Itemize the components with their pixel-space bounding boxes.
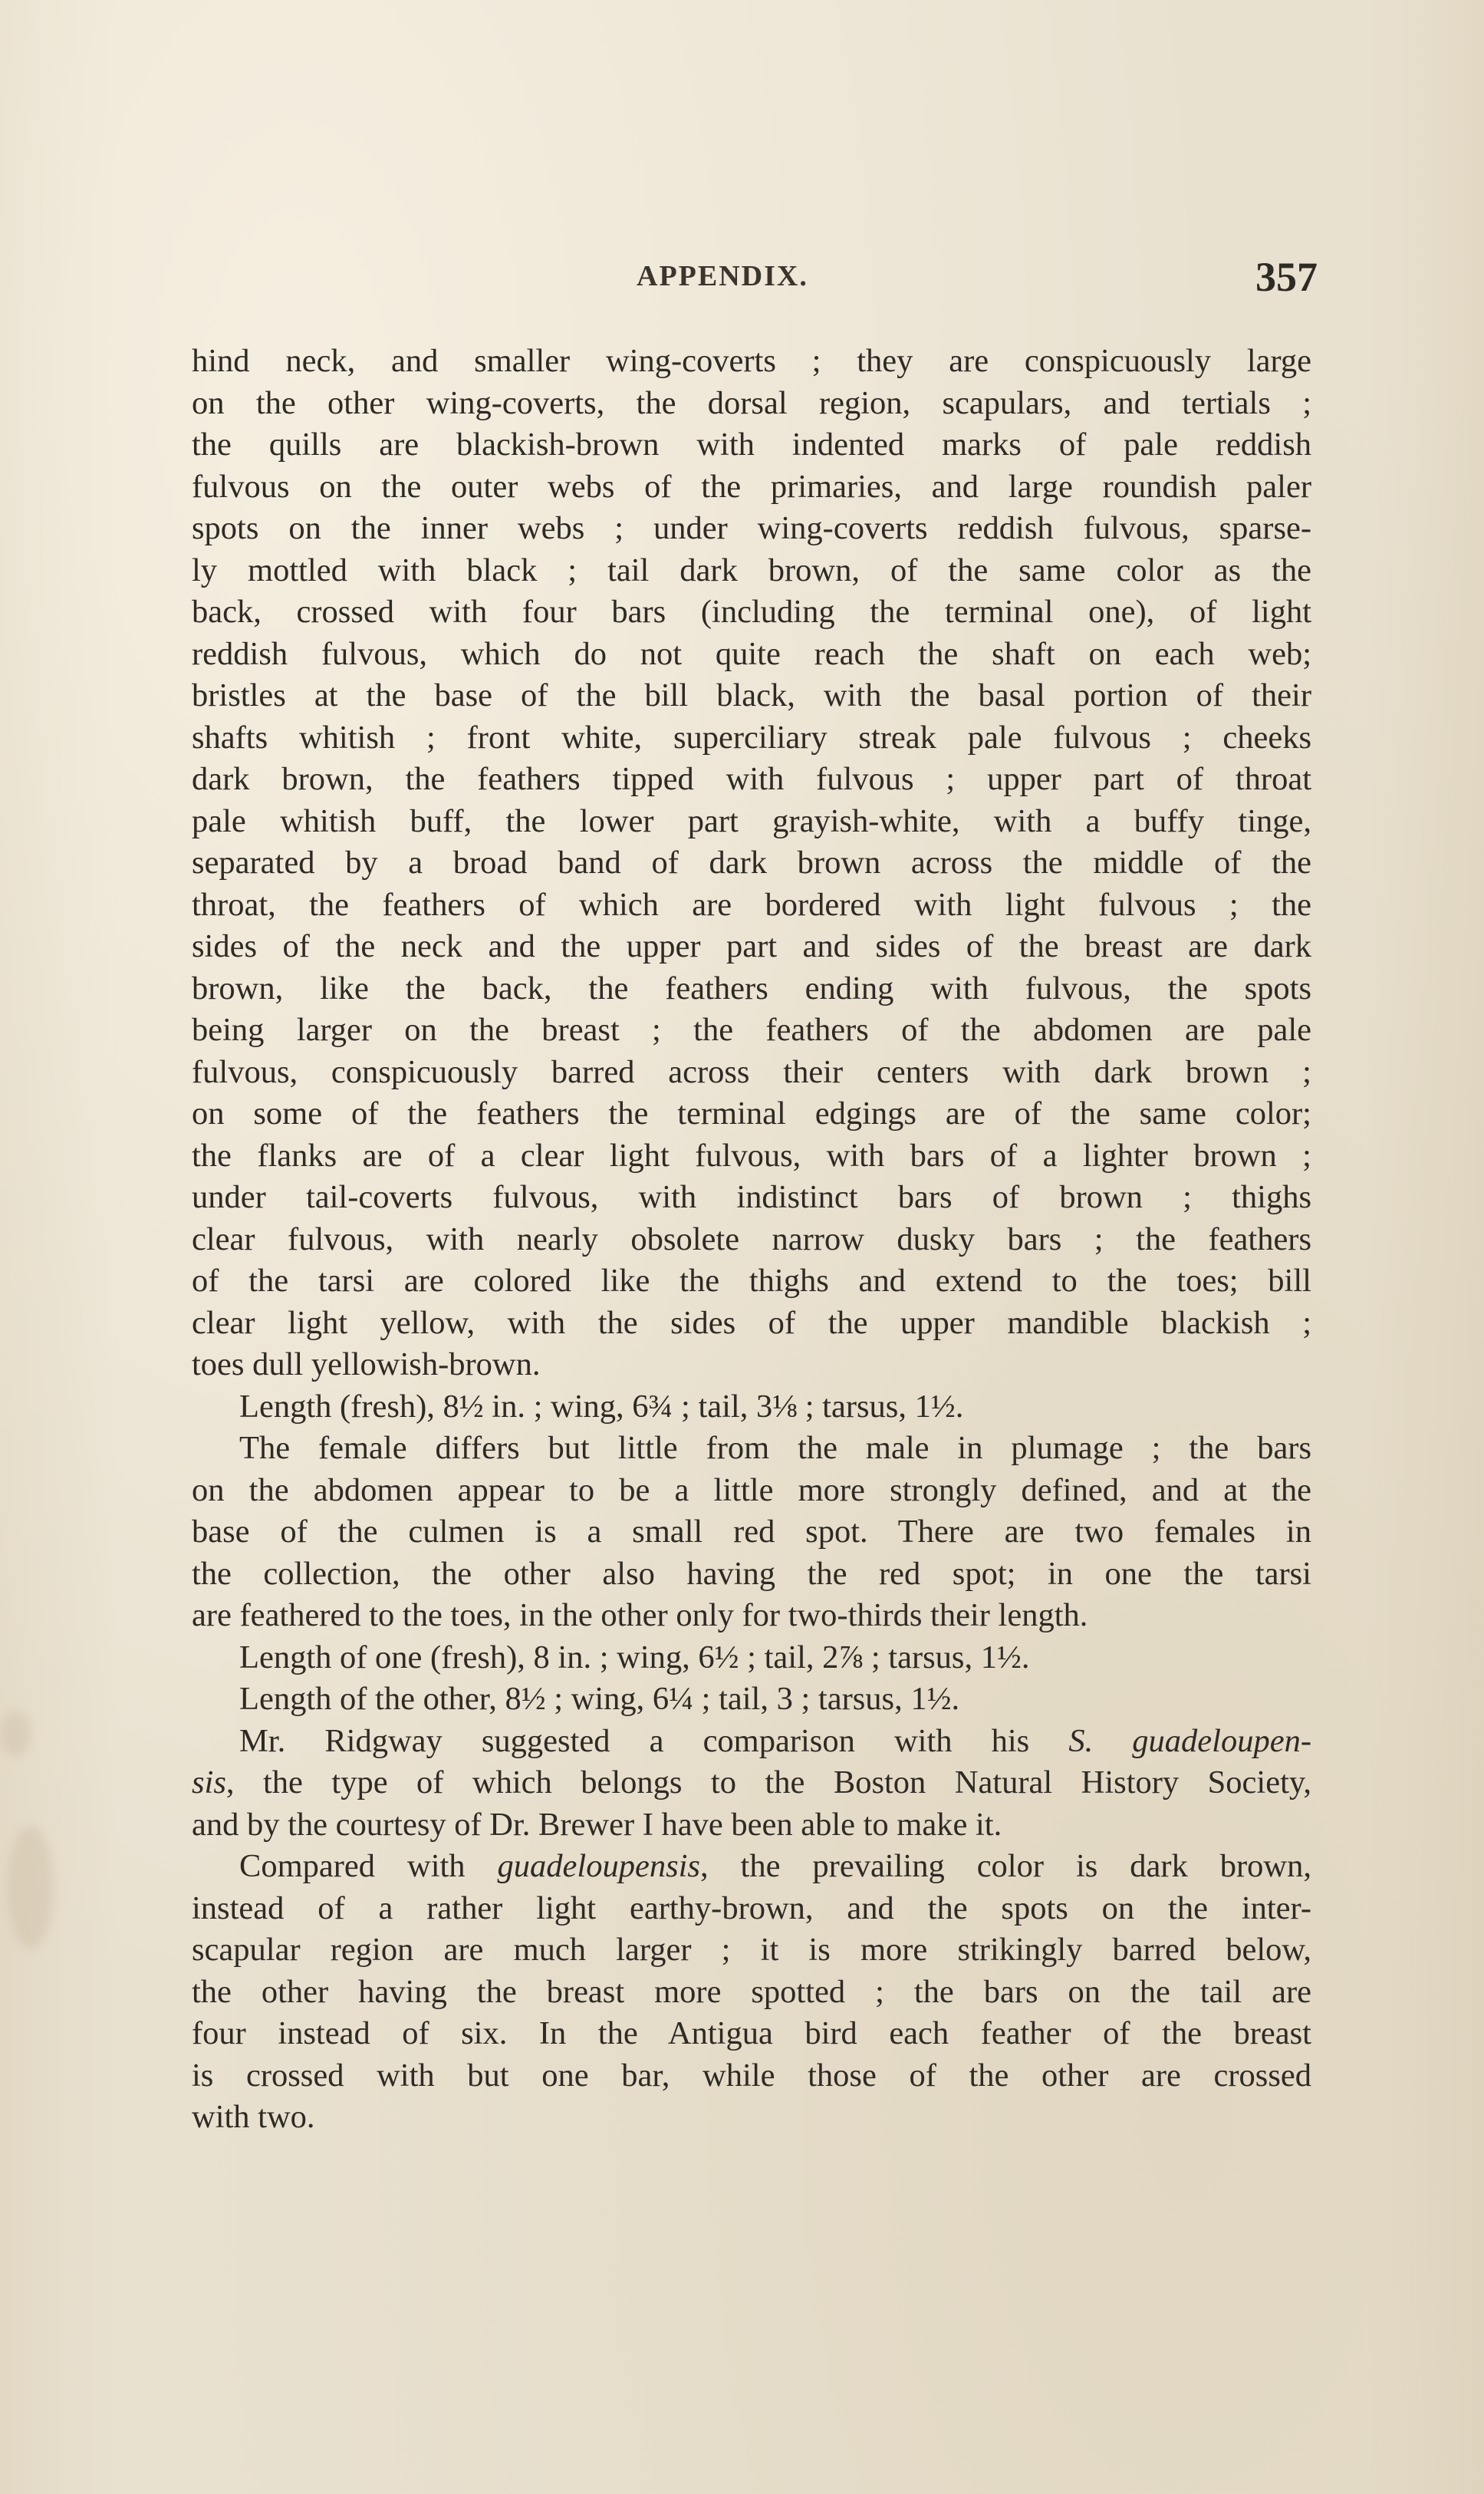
text-line: on the abdomen appear to be a little mor… — [192, 1470, 1311, 1512]
paragraph-female: The female differs but little from the m… — [192, 1428, 1311, 1637]
text-line: clear light yellow, with the sides of th… — [192, 1303, 1311, 1345]
text-line: on some of the feathers the terminal edg… — [192, 1093, 1311, 1135]
text-line: the other having the breast more spotted… — [192, 1972, 1311, 2014]
text-line: brown, like the back, the feathers endin… — [192, 968, 1311, 1010]
text-line: the flanks are of a clear light fulvous,… — [192, 1135, 1311, 1178]
species-name-italic: guadeloupensis — [498, 1848, 700, 1884]
text-line: spots on the inner webs ; under wing-cov… — [192, 508, 1311, 550]
text-line: fulvous on the outer webs of the primari… — [192, 466, 1311, 509]
body-text: hind neck, and smaller wing-coverts ; th… — [192, 341, 1311, 2139]
running-head: APPENDIX. 357 — [192, 253, 1311, 315]
text-line: the quills are blackish-brown with inden… — [192, 424, 1311, 466]
text-line: dark brown, the feathers tipped with ful… — [192, 759, 1311, 801]
text-line: being larger on the breast ; the feather… — [192, 1010, 1311, 1052]
species-name-italic: S. guadeloupen- — [1068, 1723, 1311, 1759]
text-line: hind neck, and smaller wing-coverts ; th… — [192, 341, 1311, 383]
text-line: Mr. Ridgway suggested a comparison with … — [192, 1721, 1311, 1763]
paragraph-guadeloupensis-comparison: Compared with guadeloupensis, the prevai… — [192, 1846, 1311, 2139]
text-line: with two. — [192, 2097, 1311, 2139]
text-line: shafts whitish ; front white, supercilia… — [192, 717, 1311, 759]
paragraph-description: hind neck, and smaller wing-coverts ; th… — [192, 341, 1311, 1386]
text-line: back, crossed with four bars (including … — [192, 591, 1311, 634]
paragraph-female-one-measurements: Length of one (fresh), 8 in. ; wing, 6½ … — [192, 1637, 1311, 1679]
paragraph-ridgway-comparison: Mr. Ridgway suggested a comparison with … — [192, 1721, 1311, 1847]
text-line: clear fulvous, with nearly obsolete narr… — [192, 1219, 1311, 1261]
text-line: and by the courtesy of Dr. Brewer I have… — [192, 1804, 1311, 1847]
text-line: Length of the other, 8½ ; wing, 6¼ ; tai… — [192, 1679, 1311, 1721]
book-page: APPENDIX. 357 hind neck, and smaller win… — [192, 253, 1311, 2139]
text-line: scapular region are much larger ; it is … — [192, 1929, 1311, 1972]
text-run: Compared with — [239, 1848, 498, 1884]
paper-stain — [0, 1711, 31, 1757]
text-line: sis, the type of which belongs to the Bo… — [192, 1762, 1311, 1804]
text-line: The female differs but little from the m… — [192, 1428, 1311, 1470]
text-run: Mr. Ridgway suggested a comparison with … — [239, 1723, 1068, 1759]
text-run: , the type of which belongs to the Bosto… — [226, 1764, 1311, 1800]
paragraph-male-measurements: Length (fresh), 8½ in. ; wing, 6¾ ; tail… — [192, 1386, 1311, 1428]
text-line: of the tarsi are colored like the thighs… — [192, 1260, 1311, 1303]
text-line: fulvous, conspicuously barred across the… — [192, 1052, 1311, 1094]
species-name-italic: sis — [192, 1764, 226, 1800]
text-line: under tail-coverts fulvous, with indisti… — [192, 1177, 1311, 1219]
text-line: Length of one (fresh), 8 in. ; wing, 6½ … — [192, 1637, 1311, 1679]
text-line: ly mottled with black ; tail dark brown,… — [192, 550, 1311, 592]
text-line: reddish fulvous, which do not quite reac… — [192, 634, 1311, 676]
text-line: instead of a rather light earthy-brown, … — [192, 1888, 1311, 1930]
text-line: Compared with guadeloupensis, the prevai… — [192, 1846, 1311, 1888]
page-number: 357 — [1255, 253, 1318, 301]
text-line: the collection, the other also having th… — [192, 1553, 1311, 1596]
text-line: on the other wing-coverts, the dorsal re… — [192, 383, 1311, 425]
text-line: toes dull yellowish-brown. — [192, 1344, 1311, 1386]
text-line: Length (fresh), 8½ in. ; wing, 6¾ ; tail… — [192, 1386, 1311, 1428]
text-line: bristles at the base of the bill black, … — [192, 675, 1311, 717]
text-line: base of the culmen is a small red spot. … — [192, 1511, 1311, 1553]
paragraph-female-other-measurements: Length of the other, 8½ ; wing, 6¼ ; tai… — [192, 1679, 1311, 1721]
text-line: sides of the neck and the upper part and… — [192, 926, 1311, 968]
running-title: APPENDIX. — [637, 259, 808, 293]
text-line: pale whitish buff, the lower part grayis… — [192, 801, 1311, 843]
text-line: is crossed with but one bar, while those… — [192, 2055, 1311, 2097]
text-line: are feathered to the toes, in the other … — [192, 1595, 1311, 1637]
paper-stain — [8, 1826, 54, 1949]
text-line: four instead of six. In the Antigua bird… — [192, 2013, 1311, 2055]
text-line: separated by a broad band of dark brown … — [192, 842, 1311, 885]
text-run: , the prevailing color is dark brown, — [700, 1848, 1311, 1884]
text-line: throat, the feathers of which are border… — [192, 885, 1311, 927]
